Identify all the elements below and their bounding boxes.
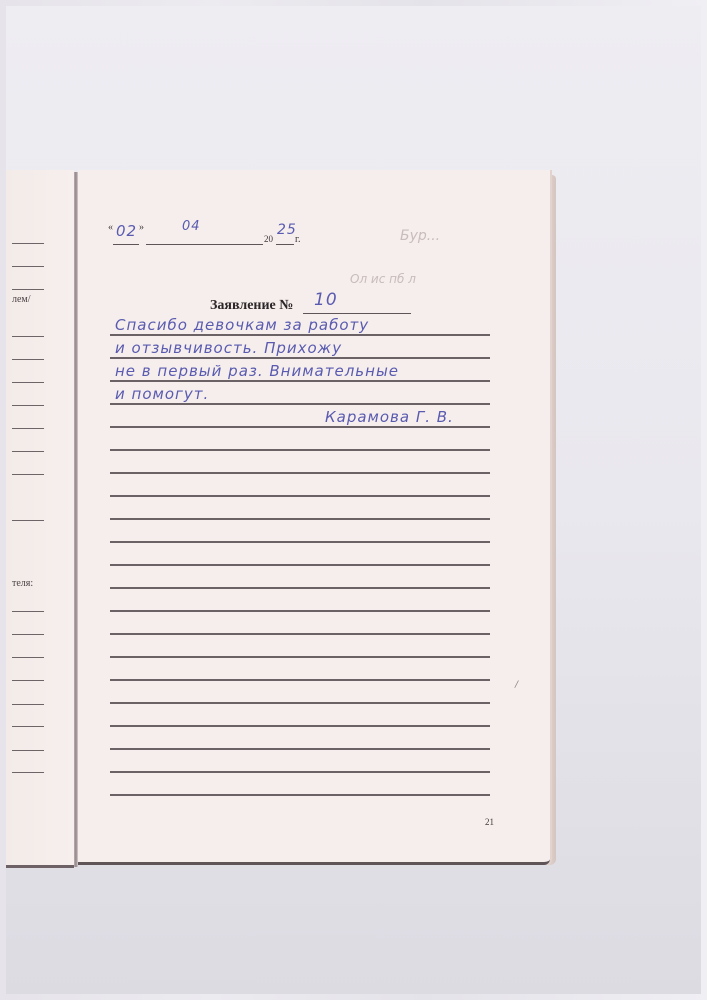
- writing-rule: [110, 449, 490, 451]
- left-rule: [12, 289, 44, 290]
- application-title: Заявление №: [210, 298, 293, 314]
- left-rule: [12, 382, 44, 383]
- date-year-line: [276, 244, 294, 245]
- left-rule: [12, 657, 44, 658]
- left-rule: [12, 474, 44, 475]
- left-rule: [12, 634, 44, 635]
- handwritten-line: не в первый раз. Внимательные: [115, 362, 399, 380]
- writing-rule: [110, 725, 490, 727]
- left-page: лем/ теля:: [6, 170, 74, 868]
- bleed-through-text: Бур...: [400, 228, 440, 244]
- writing-rule: [110, 334, 490, 336]
- date-row: «: [108, 222, 113, 233]
- writing-rule: [110, 748, 490, 750]
- writing-rule: [110, 610, 490, 612]
- writing-rule: [110, 633, 490, 635]
- left-rule: [12, 359, 44, 360]
- stray-mark: /: [515, 680, 519, 690]
- writing-rule: [110, 472, 490, 474]
- signature: Карамова Г. В.: [325, 408, 454, 426]
- writing-rule: [110, 495, 490, 497]
- writing-rule: [110, 771, 490, 773]
- writing-rule: [110, 656, 490, 658]
- left-rule: [12, 451, 44, 452]
- date-year-prefix: 20: [264, 234, 273, 244]
- writing-rule: [110, 357, 490, 359]
- date-month: 04: [182, 219, 201, 234]
- left-rule: [12, 726, 44, 727]
- writing-rule: [110, 702, 490, 704]
- writing-rule: [110, 587, 490, 589]
- handwritten-line: и отзывчивость. Прихожу: [115, 339, 342, 357]
- left-rule: [12, 750, 44, 751]
- date-quote: «: [108, 222, 113, 233]
- left-rule: [12, 243, 44, 244]
- date-day-line: [113, 244, 139, 245]
- left-rule: [12, 680, 44, 681]
- left-page-label: теля:: [12, 578, 33, 589]
- date-month-line: [146, 244, 263, 245]
- handwritten-line: и помогут.: [115, 385, 209, 403]
- writing-rule: [110, 426, 490, 428]
- date-year: 25: [277, 222, 297, 238]
- writing-rule: [110, 564, 490, 566]
- application-number: 10: [314, 290, 338, 310]
- left-rule: [12, 405, 44, 406]
- left-rule: [12, 611, 44, 612]
- left-rule: [12, 704, 44, 705]
- date-year-end: г.: [295, 234, 300, 245]
- bleed-through-text: Ол ис пб л: [350, 272, 416, 286]
- writing-rule: [110, 794, 490, 796]
- left-rule: [12, 520, 44, 521]
- date-day: 02: [116, 222, 137, 240]
- writing-rule: [110, 518, 490, 520]
- date-close-quote: »: [139, 222, 144, 233]
- writing-rule: [110, 541, 490, 543]
- writing-rule: [110, 679, 490, 681]
- writing-rule: [110, 403, 490, 405]
- writing-rule: [110, 380, 490, 382]
- left-page-label: лем/: [12, 294, 31, 305]
- page-number: 21: [485, 817, 494, 827]
- handwritten-line: Спасибо девочкам за работу: [115, 316, 369, 334]
- application-number-line: [303, 313, 411, 314]
- left-rule: [12, 336, 44, 337]
- left-rule: [12, 772, 44, 773]
- left-rule: [12, 428, 44, 429]
- left-rule: [12, 266, 44, 267]
